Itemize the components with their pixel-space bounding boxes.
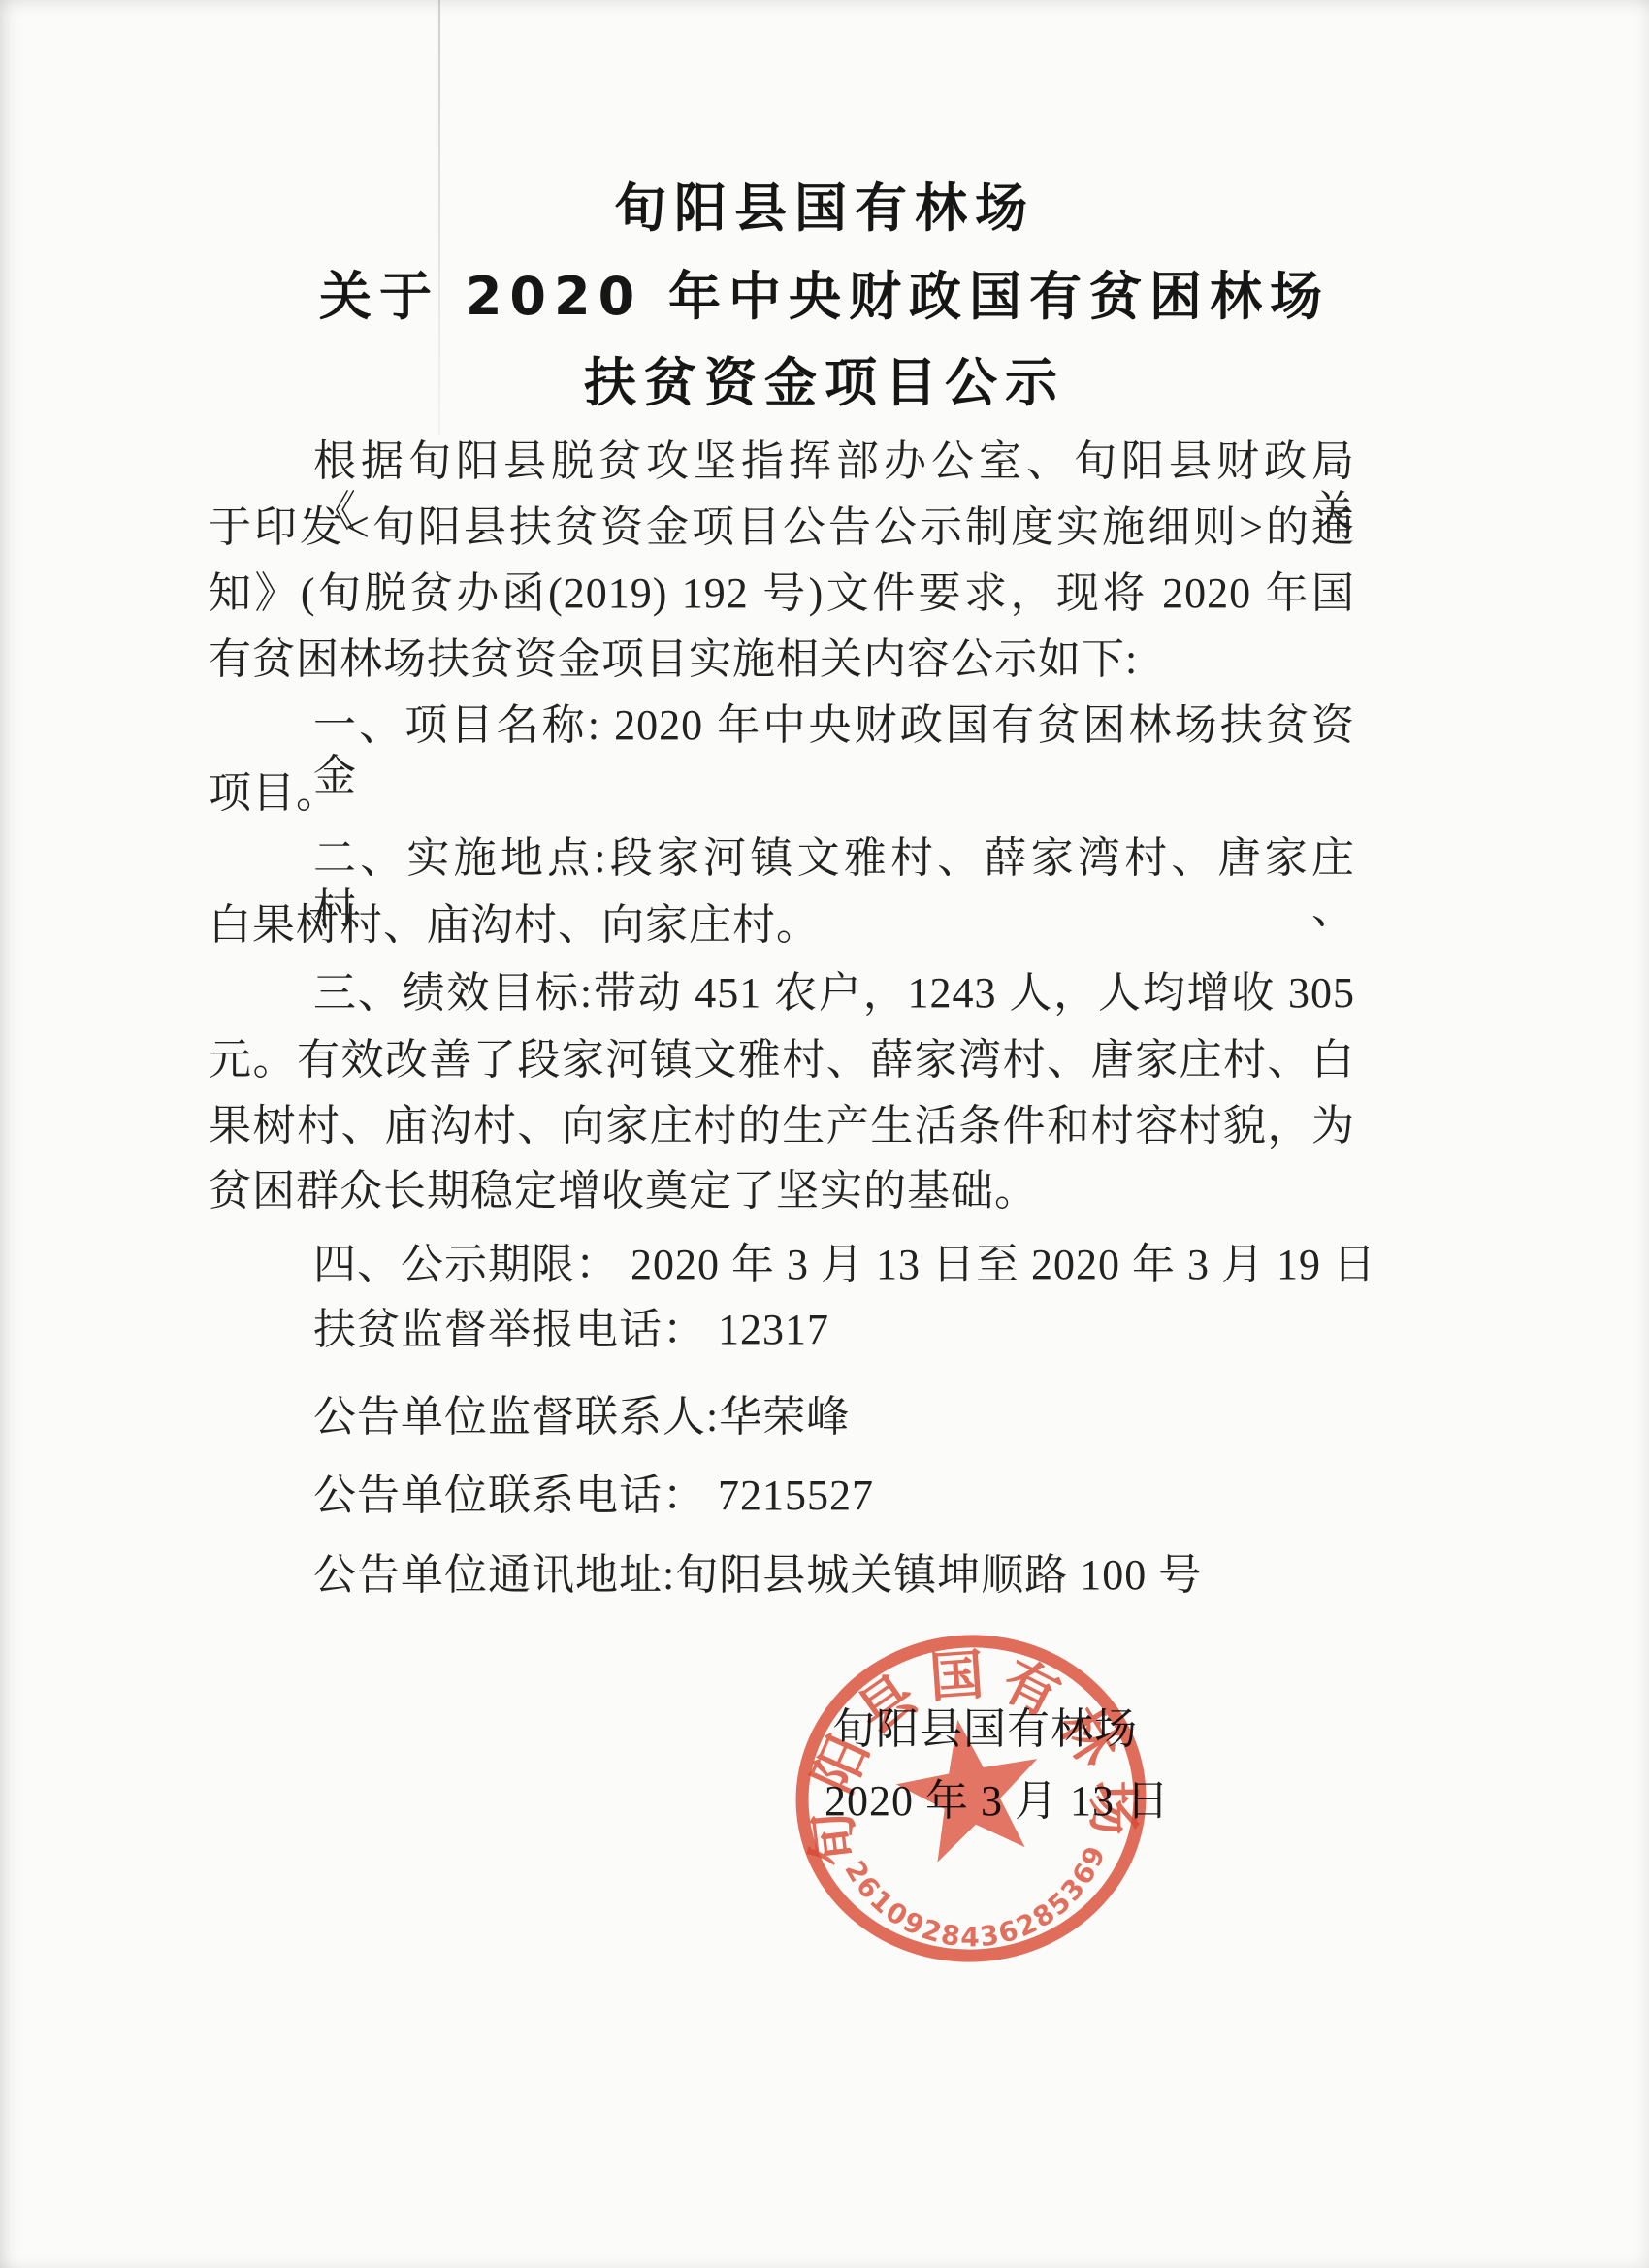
body-line-mailing-address: 公告单位通讯地址:旬阳县城关镇坤顺路 100 号	[313, 1550, 1202, 1601]
body-line-performance-2: 元。有效改善了段家河镇文雅村、薛家湾村、唐家庄村、白	[209, 1035, 1355, 1085]
stamp-star-icon	[891, 1714, 1044, 1864]
body-line-report-hotline: 扶贫监督举报电话： 12317	[313, 1305, 829, 1355]
document-title-line-2: 关于 2020 年中央财政国有贫困林场	[0, 269, 1649, 325]
document-title-line-1: 旬阳县国有林场	[0, 180, 1649, 237]
body-line-project-name-2: 项目。	[209, 768, 339, 819]
body-line-location-2: 白果树村、庙沟村、向家庄村。	[209, 900, 820, 951]
document-title-line-3: 扶贫资金项目公示	[0, 355, 1649, 411]
body-line-performance-4: 贫困群众长期稳定增收奠定了坚实的基础。	[209, 1166, 1038, 1216]
scanned-notice-document: 旬阳县国有林场 关于 2020 年中央财政国有贫困林场 扶贫资金项目公示 根据旬…	[0, 0, 1649, 2268]
body-line-intro-4: 有贫困林场扶贫资金项目实施相关内容公示如下:	[209, 634, 1138, 685]
body-line-project-name-1: 一、项目名称: 2020 年中央财政国有贫困林场扶贫资金	[313, 700, 1355, 801]
body-line-performance-3: 果树村、庙沟村、向家庄村的生产生活条件和村容村貌，为	[209, 1101, 1355, 1151]
body-line-contact-person: 公告单位监督联系人:华荣峰	[313, 1392, 850, 1442]
body-line-performance-1: 三、绩效目标:带动 451 农户，1243 人，人均增收 305	[313, 968, 1355, 1019]
official-seal-stamp: 旬阳县国有林场 126109284362853699	[772, 1615, 1170, 1982]
body-line-intro-2: 于印发<旬阳县扶贫资金项目公告公示制度实施细则>的通	[209, 502, 1355, 553]
body-line-intro-3: 知》(旬脱贫办函(2019) 192 号)文件要求，现将 2020 年国	[209, 568, 1355, 619]
body-line-publicity-period: 四、公示期限： 2020 年 3 月 13 日至 2020 年 3 月 19 日	[313, 1240, 1376, 1290]
body-line-contact-phone: 公告单位联系电话： 7215527	[313, 1471, 874, 1521]
